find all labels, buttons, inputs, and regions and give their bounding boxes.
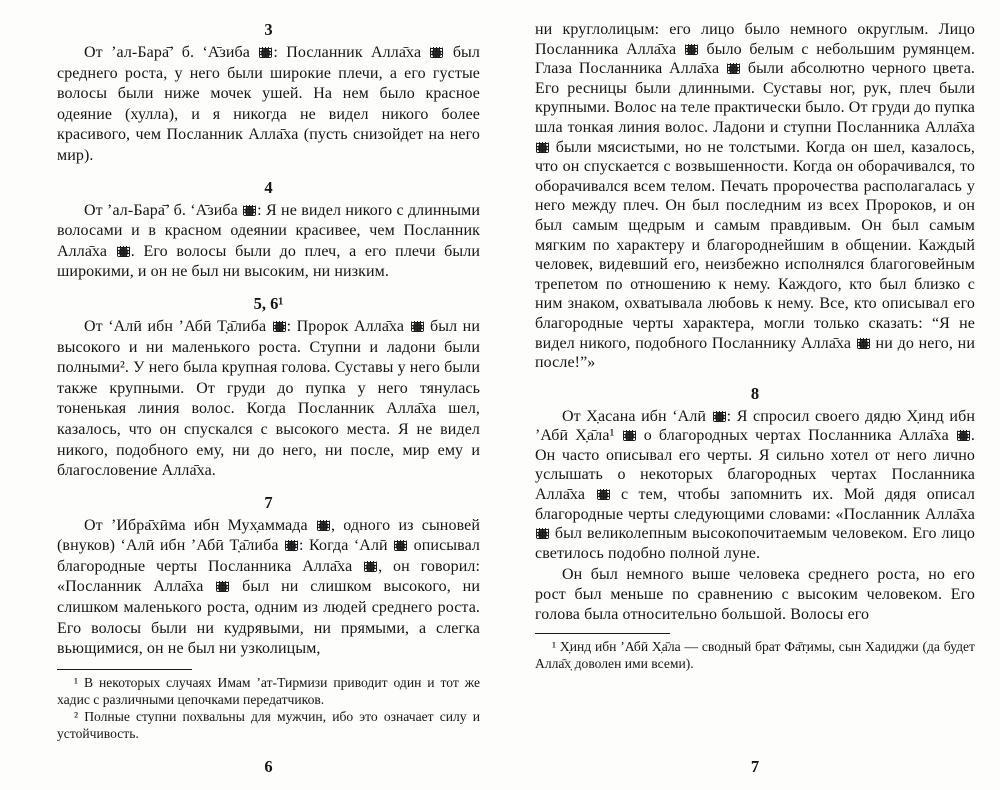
book-page-left: 3 От ’ал-Бара̄’ б. ‘А̄зиба : Посланник А… — [0, 0, 500, 790]
hadith-section-5-6: 5, 6¹ От ‘Алӣ ибн ’Абӣ Т̣а̄либа : Пророк… — [57, 294, 480, 482]
hadith-section-8: 8 От Х̣асана ибн ‘Алӣ : Я спросил своего… — [535, 384, 975, 625]
hadith-paragraph: От ’ал-Бара̄’ б. ‘А̄зиба : Я не видел ни… — [57, 201, 480, 283]
book-spread: 3 От ’ал-Бара̄’ б. ‘А̄зиба : Посланник А… — [0, 0, 1000, 790]
footnote-divider — [57, 669, 192, 670]
section-heading: 3 — [57, 20, 480, 40]
hadith-paragraph: От ‘Алӣ ибн ’Абӣ Т̣а̄либа : Пророк Алла̄… — [57, 317, 480, 482]
footnote: ² Полные ступни похвальны для мужчин, иб… — [57, 708, 480, 742]
hadith-paragraph-continuation: ни круглолицым: его лицо было немного ок… — [535, 20, 975, 373]
section-heading: 4 — [57, 178, 480, 198]
footnotes-block: ¹ В некоторых случаях Имам ’ат-Тирмизи п… — [57, 669, 480, 743]
section-heading: 5, 6¹ — [57, 294, 480, 314]
honorific-calligraphy-icon — [364, 561, 377, 572]
hadith-section-7: 7 От ’Ибра̄хӣма ибн Мух̣аммада , одного … — [57, 493, 480, 660]
hadith-section-3: 3 От ’ал-Бара̄’ б. ‘А̄зиба : Посланник А… — [57, 20, 480, 167]
page-number: 6 — [0, 757, 500, 777]
honorific-calligraphy-icon — [243, 205, 256, 216]
footnote-divider — [535, 633, 670, 634]
honorific-calligraphy-icon — [536, 528, 549, 539]
hadith-paragraph: От ’Ибра̄хӣма ибн Мух̣аммада , одного из… — [57, 516, 480, 660]
honorific-calligraphy-icon — [216, 581, 229, 592]
honorific-calligraphy-icon — [430, 47, 443, 58]
honorific-calligraphy-icon — [285, 540, 298, 551]
book-page-right: ни круглолицым: его лицо было немного ок… — [500, 0, 1000, 790]
honorific-calligraphy-icon — [259, 47, 272, 58]
honorific-calligraphy-icon — [727, 63, 740, 74]
honorific-calligraphy-icon — [117, 246, 130, 257]
honorific-calligraphy-icon — [957, 430, 970, 441]
hadith-paragraph: От ’ал-Бара̄’ б. ‘А̄зиба : Посланник Алл… — [57, 43, 480, 167]
honorific-calligraphy-icon — [857, 338, 870, 349]
footnotes-block: ¹ Х̣инд ибн ’Абӣ Х̣а̄ла — сводный брат Ф… — [535, 633, 975, 672]
hadith-paragraph: От Х̣асана ибн ‘Алӣ : Я спросил своего д… — [535, 407, 975, 564]
hadith-section-4: 4 От ’ал-Бара̄’ б. ‘А̄зиба : Я не видел … — [57, 178, 480, 283]
honorific-calligraphy-icon — [394, 540, 407, 551]
honorific-calligraphy-icon — [273, 321, 286, 332]
page-number: 7 — [500, 757, 1000, 777]
honorific-calligraphy-icon — [536, 142, 549, 153]
honorific-calligraphy-icon — [623, 430, 636, 441]
honorific-calligraphy-icon — [411, 321, 424, 332]
footnote: ¹ В некоторых случаях Имам ’ат-Тирмизи п… — [57, 674, 480, 708]
hadith-paragraph: Он был немного выше человека среднего ро… — [535, 565, 975, 624]
honorific-calligraphy-icon — [317, 520, 330, 531]
honorific-calligraphy-icon — [685, 44, 698, 55]
footnote: ¹ Х̣инд ибн ’Абӣ Х̣а̄ла — сводный брат Ф… — [535, 638, 975, 672]
honorific-calligraphy-icon — [713, 411, 726, 422]
honorific-calligraphy-icon — [597, 489, 610, 500]
section-heading: 7 — [57, 493, 480, 513]
section-heading: 8 — [535, 384, 975, 404]
